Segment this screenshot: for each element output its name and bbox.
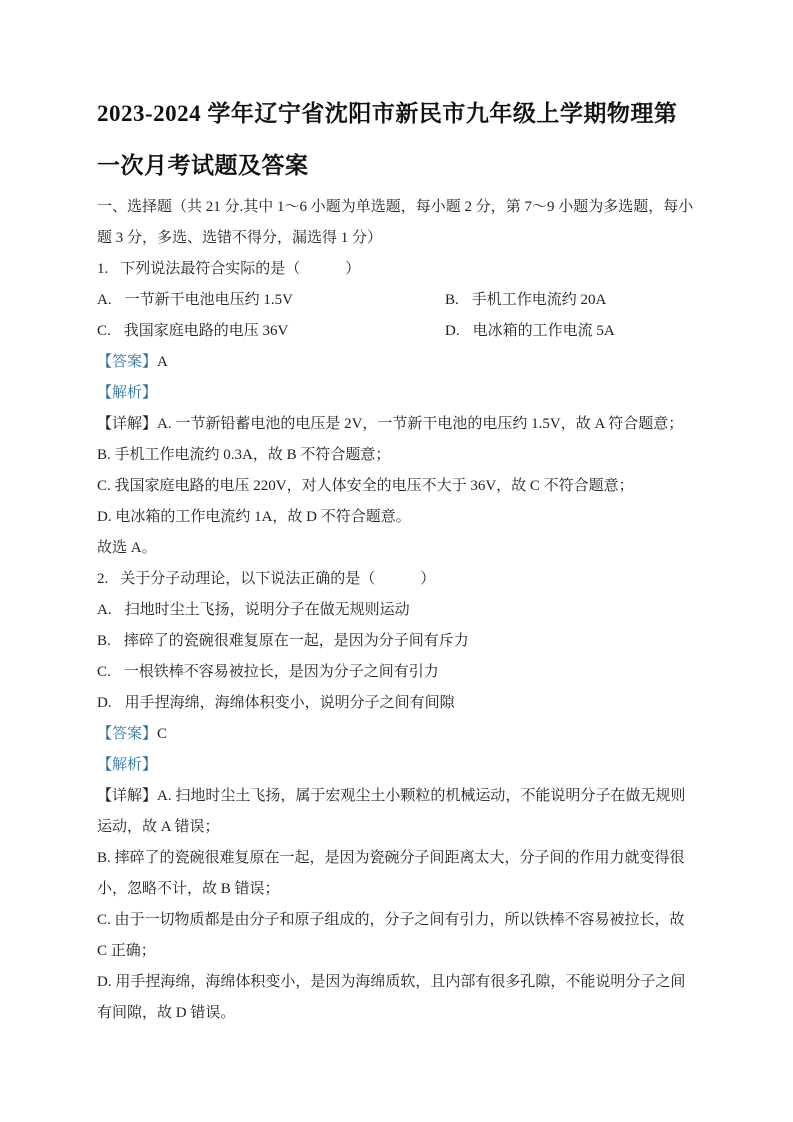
detail-line: C. 由于一切物质都是由分子和原子组成的，分子之间有引力，所以铁棒不容易被拉长，… xyxy=(97,905,697,967)
option-label: B. xyxy=(445,285,459,316)
option-c: C.我国家庭电路的电压 36V xyxy=(97,316,445,347)
option-label: D. xyxy=(445,316,460,347)
analysis-label: 【解析】 xyxy=(97,378,697,409)
detail-line: 【详解】A. 一节新铅蓄电池的电压是 2V，一节新干电池的电压约 1.5V，故 … xyxy=(97,409,697,440)
detail-line: C. 我国家庭电路的电压 220V，对人体安全的电压不大于 36V，故 C 不符… xyxy=(97,471,697,502)
answer-line: 【答案】C xyxy=(97,719,697,750)
option-label: B. xyxy=(97,626,111,657)
option-text: 摔碎了的瓷碗很难复原在一起，是因为分子间有斥力 xyxy=(124,633,469,649)
option-label: A. xyxy=(97,285,112,316)
option-b: B.摔碎了的瓷碗很难复原在一起，是因为分子间有斥力 xyxy=(97,626,697,657)
question-stem-text: 下列说法最符合实际的是（ ） xyxy=(120,261,360,277)
answer-label: 【答案】 xyxy=(97,354,157,370)
answer-label: 【答案】 xyxy=(97,726,157,742)
option-a: A.一节新干电池电压约 1.5V xyxy=(97,285,445,316)
detail-line: 【详解】A. 扫地时尘土飞扬，属于宏观尘土小颗粒的机械运动，不能说明分子在做无规… xyxy=(97,781,697,843)
option-label: C. xyxy=(97,657,111,688)
option-text: 电冰箱的工作电流 5A xyxy=(473,323,615,339)
question-stem-text: 关于分子动理论，以下说法正确的是（ ） xyxy=(120,571,435,587)
section-heading: 一、选择题（共 21 分.其中 1～6 小题为单选题，每小题 2 分，第 7～9… xyxy=(97,192,697,254)
option-label: A. xyxy=(97,595,112,626)
option-label: C. xyxy=(97,316,111,347)
option-c: C.一根铁棒不容易被拉长，是因为分子之间有引力 xyxy=(97,657,697,688)
question-1-options: A.一节新干电池电压约 1.5V B.手机工作电流约 20A C.我国家庭电路的… xyxy=(97,285,697,347)
option-text: 手机工作电流约 20A xyxy=(472,292,607,308)
detail-line: D. 用手捏海绵，海绵体积变小，是因为海绵质软，且内部有很多孔隙，不能说明分子之… xyxy=(97,967,697,1029)
option-b: B.手机工作电流约 20A xyxy=(445,285,697,316)
answer-line: 【答案】A xyxy=(97,347,697,378)
question-number: 2. xyxy=(97,564,108,595)
question-1-stem: 1.下列说法最符合实际的是（ ） xyxy=(97,254,697,285)
option-d: D.用手捏海绵，海绵体积变小，说明分子之间有间隙 xyxy=(97,688,697,719)
document-content: 2023-2024 学年辽宁省沈阳市新民市九年级上学期物理第一次月考试题及答案 … xyxy=(0,0,793,1029)
option-a: A.扫地时尘土飞扬，说明分子在做无规则运动 xyxy=(97,595,697,626)
answer-value: A xyxy=(157,354,168,370)
analysis-label: 【解析】 xyxy=(97,750,697,781)
page-title: 2023-2024 学年辽宁省沈阳市新民市九年级上学期物理第一次月考试题及答案 xyxy=(97,88,697,192)
option-text: 一根铁棒不容易被拉长，是因为分子之间有引力 xyxy=(124,664,439,680)
option-text: 我国家庭电路的电压 36V xyxy=(124,323,289,339)
option-text: 用手捏海绵，海绵体积变小，说明分子之间有间隙 xyxy=(125,695,455,711)
option-text: 一节新干电池电压约 1.5V xyxy=(125,292,293,308)
question-number: 1. xyxy=(97,254,108,285)
detail-line: B. 手机工作电流约 0.3A，故 B 不符合题意； xyxy=(97,440,697,471)
option-text: 扫地时尘土飞扬，说明分子在做无规则运动 xyxy=(125,602,410,618)
document-page: 2023-2024 学年辽宁省沈阳市新民市九年级上学期物理第一次月考试题及答案 … xyxy=(0,0,793,1122)
answer-value: C xyxy=(157,726,167,742)
question-2-stem: 2.关于分子动理论，以下说法正确的是（ ） xyxy=(97,564,697,595)
detail-line: D. 电冰箱的工作电流约 1A，故 D 不符合题意。 xyxy=(97,502,697,533)
option-label: D. xyxy=(97,688,112,719)
detail-line: B. 摔碎了的瓷碗很难复原在一起，是因为瓷碗分子间距离太大，分子间的作用力就变得… xyxy=(97,843,697,905)
option-d: D.电冰箱的工作电流 5A xyxy=(445,316,697,347)
detail-line: 故选 A。 xyxy=(97,533,697,564)
